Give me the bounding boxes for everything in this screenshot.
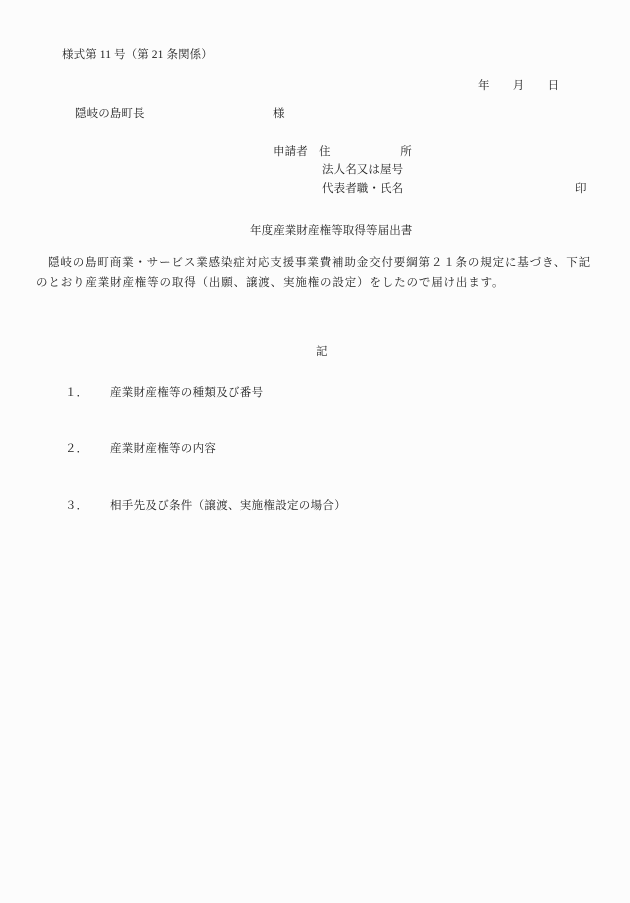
applicant-address-label: 住 所 xyxy=(319,145,412,159)
form-number: 様式第 11 号（第 21 条関係） xyxy=(62,48,213,62)
seal-mark: 印 xyxy=(575,182,587,196)
date-line: 年 月 日 xyxy=(478,79,559,93)
applicant-representative-label: 代表者職・氏名 xyxy=(322,182,403,196)
applicant-company-label: 法人名又は屋号 xyxy=(322,163,403,177)
addressee-name: 隠岐の島町長 xyxy=(75,107,145,121)
addressee-honorific: 様 xyxy=(273,107,285,121)
item-3-text: 相手先及び条件（譲渡、実施権設定の場合） xyxy=(110,499,346,513)
item-1-number: １． xyxy=(65,386,88,400)
item-3-number: ３． xyxy=(65,499,88,513)
document-title: 年度産業財産権等取得等届出書 xyxy=(250,224,412,238)
item-1-text: 産業財産権等の種類及び番号 xyxy=(110,386,263,400)
item-2-text: 産業財産権等の内容 xyxy=(110,442,216,456)
item-2-number: ２． xyxy=(65,442,88,456)
body-paragraph-line-2: のとおり産業財産権等の取得（出願、譲渡、実施権の設定）をしたので届け出ます。 xyxy=(36,276,504,290)
body-paragraph-line-1: 隠岐の島町商業・サービス業感染症対応支援事業費補助金交付要綱第２１条の規定に基づ… xyxy=(36,256,591,270)
document-page: 様式第 11 号（第 21 条関係） 年 月 日 隠岐の島町長 様 申請者 住 … xyxy=(0,0,630,903)
list-marker: 記 xyxy=(316,345,328,359)
applicant-label: 申請者 xyxy=(273,145,308,159)
